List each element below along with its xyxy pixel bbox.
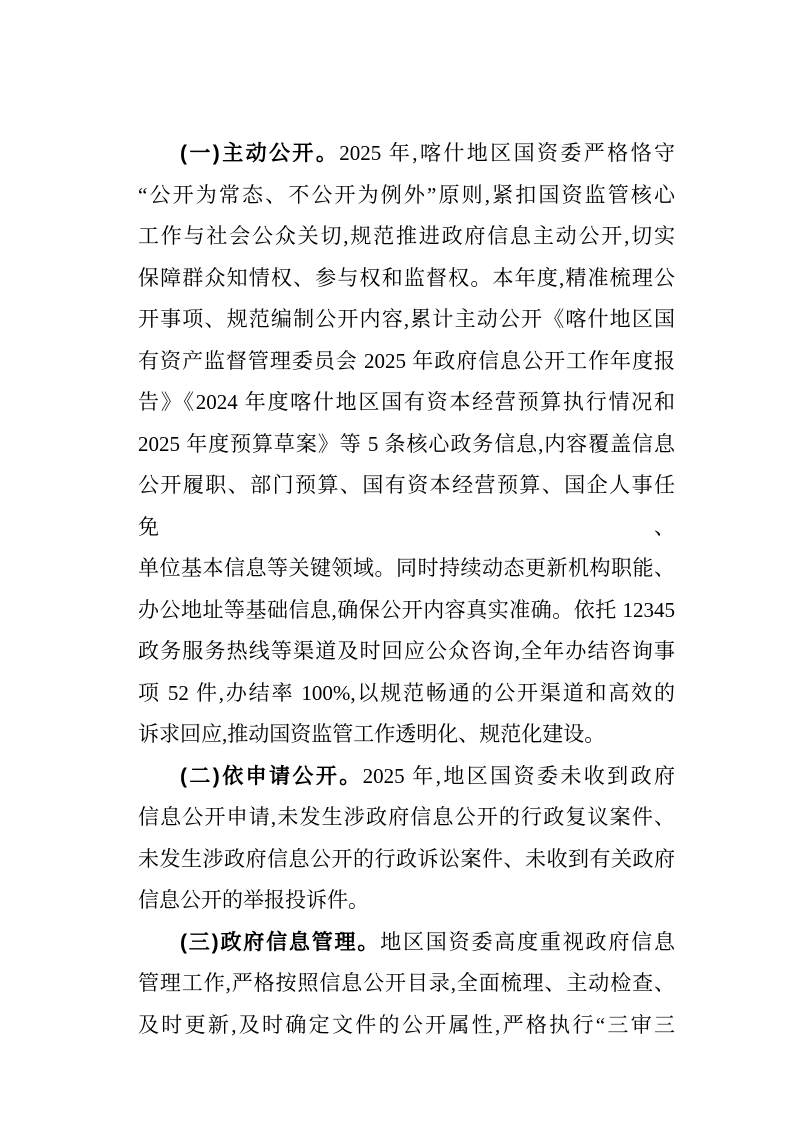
text-line: 信息公开的举报投诉件。 (138, 880, 675, 922)
paragraph-heading: (一)主动公开。 (180, 142, 339, 165)
text-line: 工作与社会公众关切,规范推进政府信息主动公开,切实 (138, 216, 675, 258)
text-line: 信息公开申请,未发生涉政府信息公开的行政复议案件、 (138, 797, 675, 839)
line-text: 2025 年,地区国资委未收到政府 (363, 764, 675, 788)
text-line: 及时更新,及时确定文件的公开属性,严格执行“三审三 (138, 1005, 675, 1047)
document-page: (一)主动公开。2025 年,喀什地区国资委严格恪守“公开为常态、不公开为例外”… (0, 0, 793, 1122)
text-line: 保障群众知情权、参与权和监督权。本年度,精准梳理公 (138, 258, 675, 300)
text-line: (二)依申请公开。2025 年,地区国资委未收到政府 (138, 756, 675, 798)
text-line: 2025 年度预算草案》等 5 条核心政务信息,内容覆盖信息 (138, 424, 675, 466)
text-line: 有资产监督管理委员会 2025 年政府信息公开工作年度报 (138, 341, 675, 383)
paragraph-heading: (三)政府信息管理。 (180, 931, 380, 954)
text-line: 公开履职、部门预算、国有资本经营预算、国企人事任免、 (138, 465, 675, 548)
line-text: 2025 年,喀什地区国资委严格恪守 (339, 141, 675, 165)
text-line: (三)政府信息管理。地区国资委高度重视政府信息 (138, 922, 675, 964)
text-line: 项 52 件,办结率 100%,以规范畅通的公开渠道和高效的 (138, 673, 675, 715)
text-line: 诉求回应,推动国资监管工作透明化、规范化建设。 (138, 714, 675, 756)
line-text: 地区国资委高度重视政府信息 (380, 930, 675, 954)
text-line: 未发生涉政府信息公开的行政诉讼案件、未收到有关政府 (138, 839, 675, 881)
text-line: 单位基本信息等关键领域。同时持续动态更新机构职能、 (138, 548, 675, 590)
text-line: 政务服务热线等渠道及时回应公众咨询,全年办结咨询事 (138, 631, 675, 673)
paragraph-heading: (二)依申请公开。 (180, 765, 363, 788)
text-line: 告》《2024 年度喀什地区国有资本经营预算执行情况和 (138, 382, 675, 424)
text-line: (一)主动公开。2025 年,喀什地区国资委严格恪守 (138, 133, 675, 175)
text-line: 开事项、规范编制公开内容,累计主动公开《喀什地区国 (138, 299, 675, 341)
text-line: “公开为常态、不公开为例外”原则,紧扣国资监管核心 (138, 175, 675, 217)
text-line: 管理工作,严格按照信息公开目录,全面梳理、主动检查、 (138, 963, 675, 1005)
document-lines: (一)主动公开。2025 年,喀什地区国资委严格恪守“公开为常态、不公开为例外”… (138, 133, 675, 1046)
text-line: 办公地址等基础信息,确保公开内容真实准确。依托 12345 (138, 590, 675, 632)
